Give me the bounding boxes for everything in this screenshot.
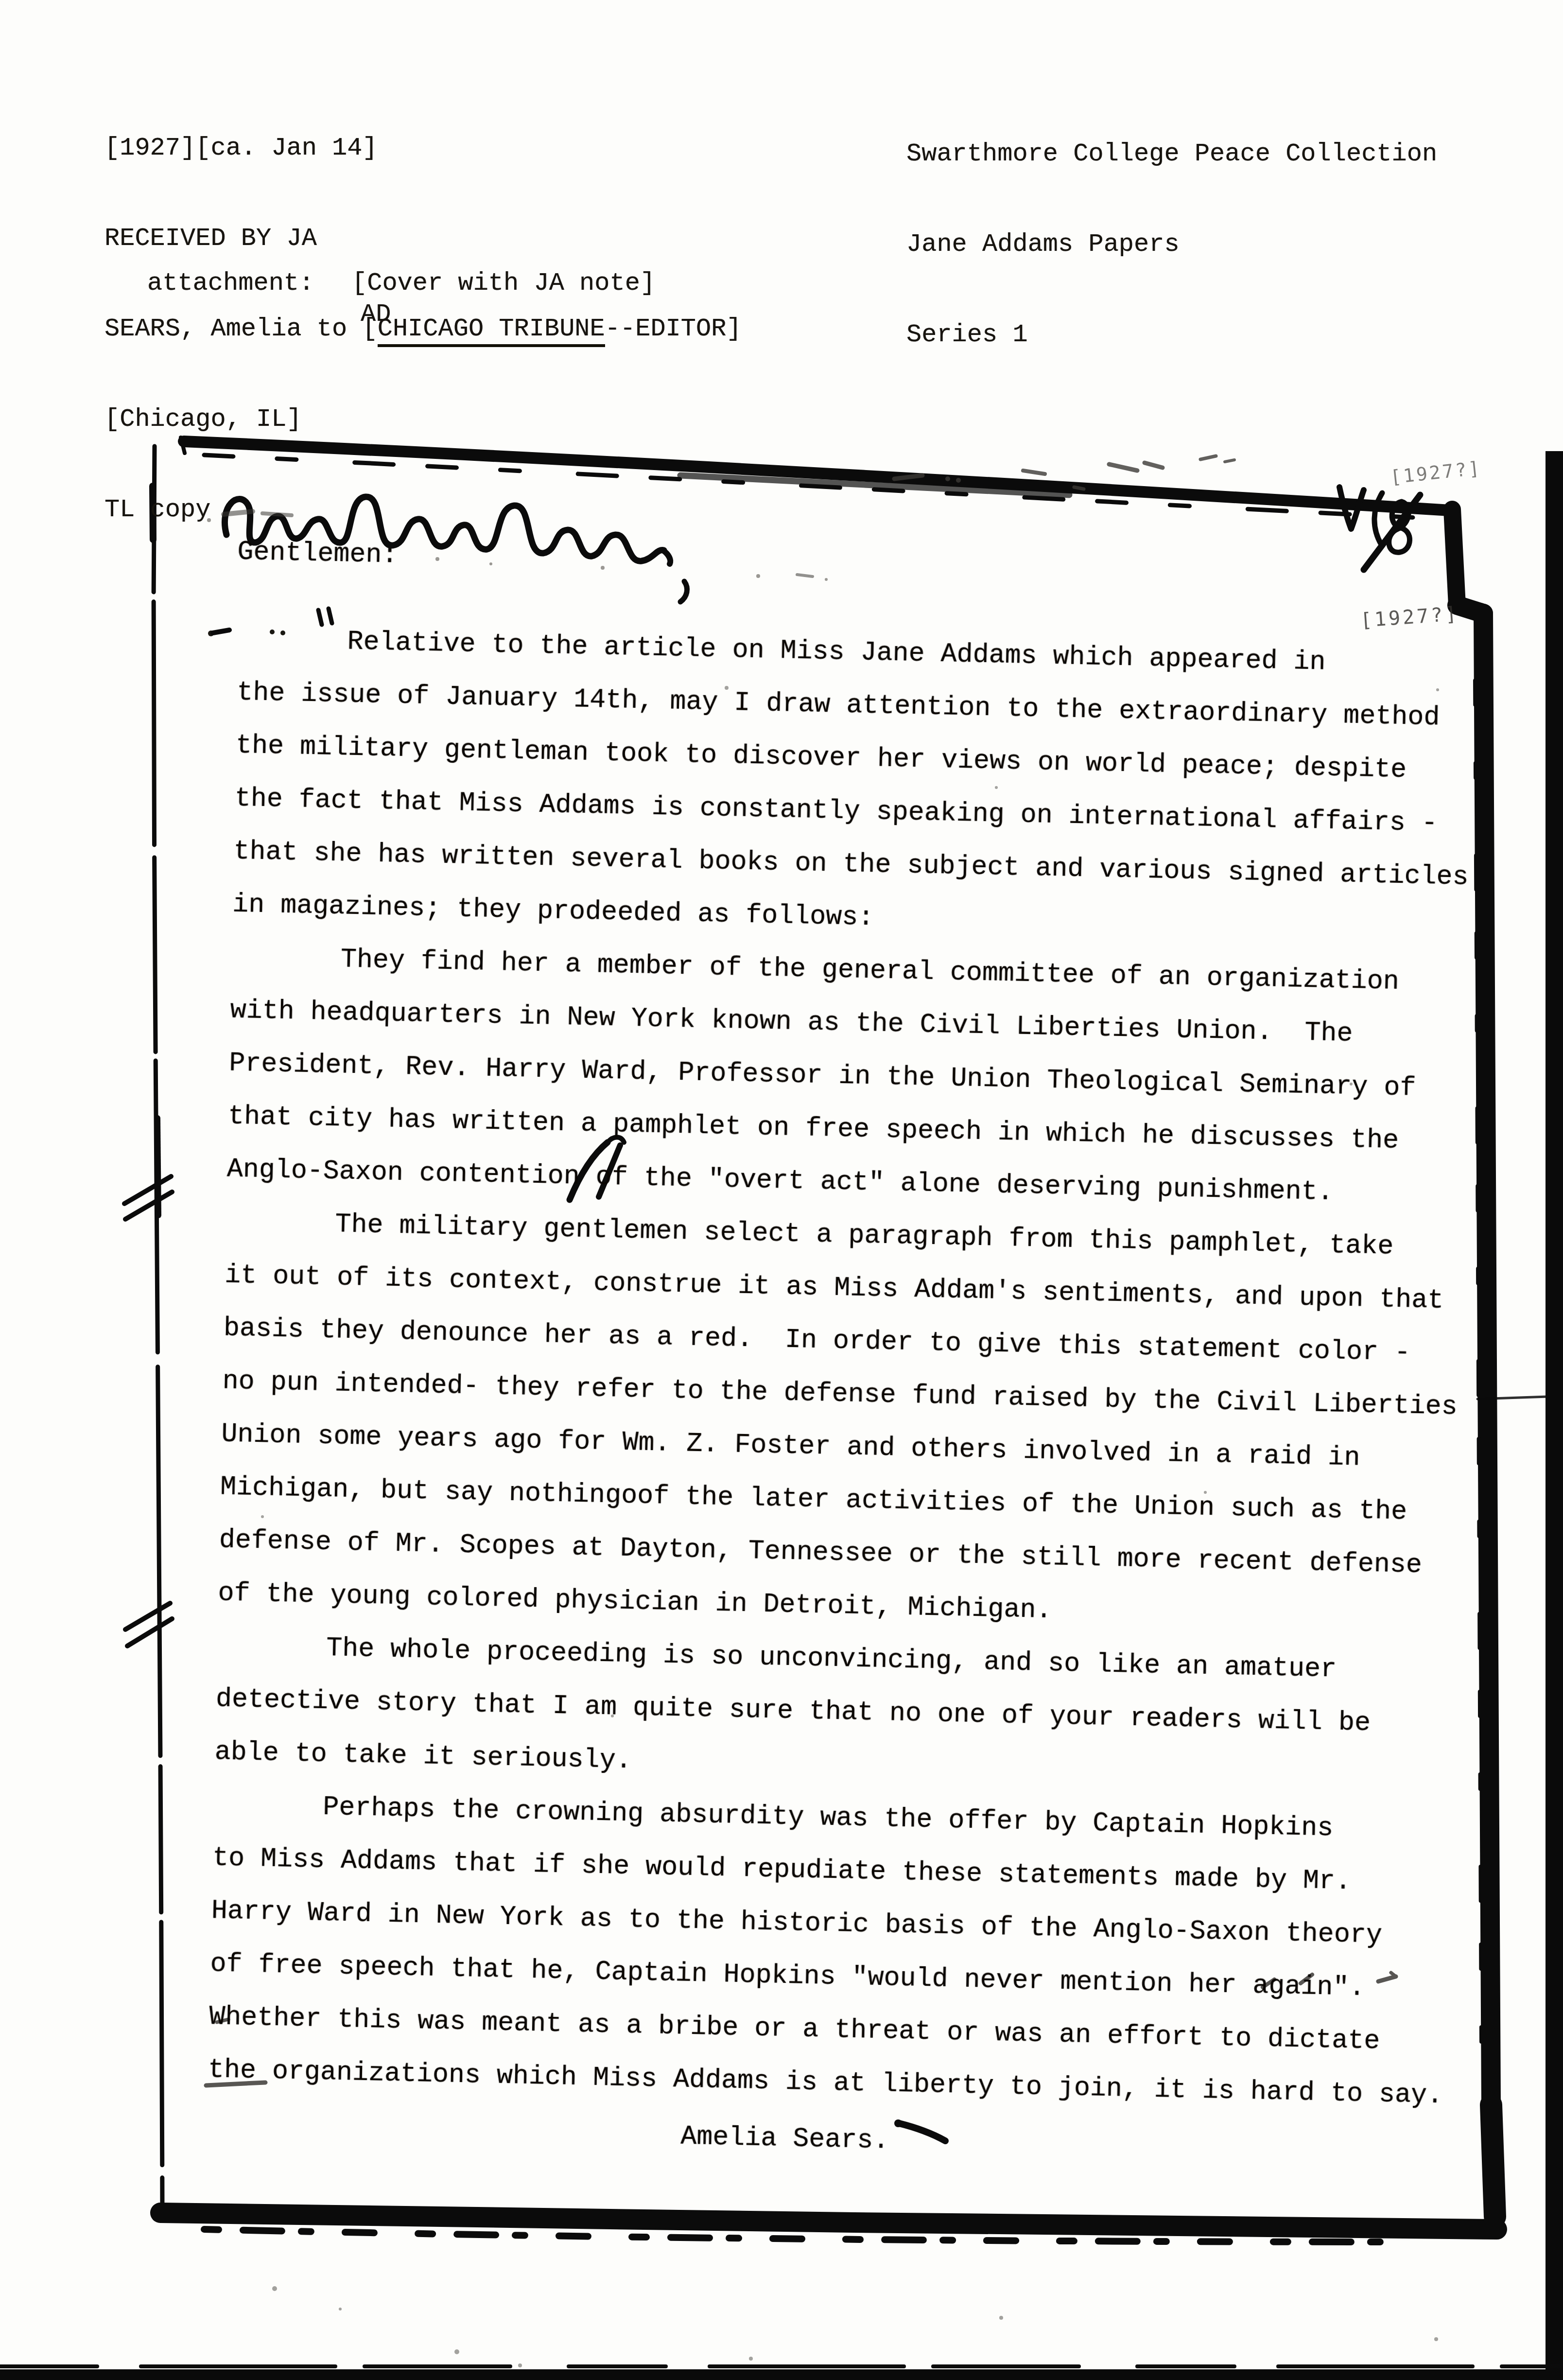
catalog-recipient-underlined: CHICAGO TRIBUNE [378, 315, 605, 347]
attachment-label: attachment: [147, 268, 314, 298]
typed-line: President, Rev. Harry Ward, Professor in… [229, 1049, 1416, 1103]
typed-line: the fact that Miss Addams is constantly … [234, 784, 1438, 839]
typed-line: detective story that I am quite sure tha… [215, 1684, 1371, 1738]
catalog-place: [Chicago, IL] [104, 404, 742, 435]
catalog-received: RECEIVED BY JA [104, 224, 742, 254]
typed-line: They find her a member of the general co… [340, 945, 1399, 997]
catalog-date: [1927][ca. Jan 14] [104, 133, 742, 163]
typed-line: the organizations which Miss Addams is a… [208, 2055, 1443, 2110]
letter-salutation: Gentlemen: [237, 538, 398, 570]
scanned-document-page: [1927?] [1927?] [0, 0, 1563, 2380]
typed-line: that she has written several books on th… [233, 837, 1469, 892]
letter-signature: Amelia Sears. [680, 2122, 889, 2156]
typed-line: it out of its context, construe it as Mi… [225, 1261, 1444, 1316]
typed-line: Anglo-Saxon contention of the "overt act… [226, 1155, 1334, 1207]
date-mark-upper: [1927?] [1389, 457, 1482, 488]
typed-line: that city has written a pamphlet on free… [228, 1102, 1399, 1155]
typed-line: defense of Mr. Scopes at Dayton, Tenness… [219, 1525, 1422, 1580]
typed-line: Perhaps the crowning absurdity was the o… [323, 1793, 1334, 1843]
letter-lines: Relative to the article on Miss Jane Add… [161, 502, 1497, 530]
typed-line: Michigan, but say nothingoof the later a… [220, 1472, 1407, 1526]
catalog-header-right: Swarthmore College Peace Collection Jane… [906, 79, 1437, 410]
typed-line: the military gentleman took to discover … [236, 731, 1407, 785]
typed-line: basis they denounce her as a red. In ord… [223, 1313, 1410, 1367]
letter-body: Gentlemen: Relative to the article on Mi… [125, 502, 1497, 2211]
typed-line: to Miss Addams that if she would repudia… [212, 1843, 1352, 1896]
catalog-sender: SEARS, Amelia to [ [104, 315, 378, 343]
typed-line: of the young colored physician in Detroi… [218, 1578, 1052, 1625]
scan-line-artifact [1477, 1396, 1562, 1399]
typed-line: The military gentlemen select a paragrap… [335, 1210, 1394, 1261]
typed-line: with headquarters in New York known as t… [230, 996, 1353, 1049]
attachment-initials: AD [361, 299, 391, 330]
typed-line: Whether this was meant as a bribe or a t… [209, 2002, 1380, 2056]
typed-line: Relative to the article on Miss Jane Add… [347, 628, 1326, 677]
smudge-marks-top [894, 456, 1234, 489]
typed-line: able to take it seriously. [214, 1737, 632, 1775]
collection-name: Swarthmore College Peace Collection [906, 139, 1437, 169]
papers-name: Jane Addams Papers [906, 229, 1437, 260]
page-edge-bottom [160, 2213, 1497, 2242]
scan-strip-right [1546, 451, 1563, 2380]
scan-strip-bottom [0, 2369, 1563, 2380]
typed-line: The whole proceeding is so unconvincing,… [326, 1634, 1337, 1684]
typed-line: Union some years ago for Wm. Z. Foster a… [221, 1419, 1360, 1472]
typed-line: the issue of January 14th, may I draw at… [237, 678, 1440, 733]
catalog-recipient-suffix: --EDITOR] [605, 315, 742, 343]
typed-line: Harry Ward in New York as to the histori… [211, 1896, 1382, 1950]
typed-line: of free speech that he, Captain Hopkins … [210, 1949, 1365, 2003]
typed-line: no pun intended- they refer to the defen… [222, 1366, 1458, 1421]
series-label: Series 1 [906, 320, 1437, 350]
typed-line: in magazines; they prodeeded as follows: [232, 890, 874, 933]
catalog-correspondents: SEARS, Amelia to [CHICAGO TRIBUNE--EDITO… [104, 314, 742, 344]
attachment-value: [Cover with JA note] [352, 268, 655, 298]
